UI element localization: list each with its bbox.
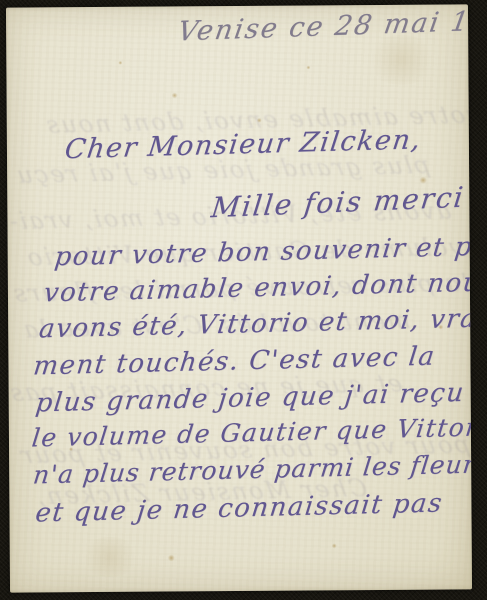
body-line-1: Mille fois merci bbox=[209, 180, 466, 224]
foxing-spot bbox=[332, 543, 337, 548]
foxing-spot bbox=[306, 65, 310, 69]
foxing-spot bbox=[172, 92, 178, 98]
letter-paper: votre aimable envoi, dont nous plus gran… bbox=[6, 4, 472, 592]
age-stain bbox=[366, 35, 436, 85]
body-line-4: avons été, Vittorio et moi, vrai- bbox=[37, 303, 472, 344]
foxing-spot bbox=[257, 118, 262, 123]
photo-frame: votre aimable envoi, dont nous plus gran… bbox=[0, 0, 487, 600]
date-line: Venise ce 28 mai 1920 bbox=[176, 4, 472, 47]
age-stain bbox=[80, 537, 140, 577]
body-line-2: pour votre bon souvenir et pour bbox=[53, 231, 472, 273]
body-line-6: plus grande joie que j'ai reçu bbox=[34, 378, 466, 419]
body-line-8: n'a plus retrouvé parmi les fleurs bbox=[32, 449, 472, 489]
body-line-3: votre aimable envoi, dont nous bbox=[42, 267, 472, 308]
body-line-9: et que je ne connaissait pas bbox=[34, 488, 445, 528]
foxing-spot bbox=[118, 61, 122, 65]
salutation-line: Cher Monsieur Zilcken, bbox=[63, 124, 424, 165]
body-line-7: le volume de Gautier que Vittorio bbox=[30, 412, 472, 453]
foxing-spot bbox=[168, 554, 175, 561]
body-line-5: ment touchés. C'est avec la bbox=[32, 342, 437, 382]
